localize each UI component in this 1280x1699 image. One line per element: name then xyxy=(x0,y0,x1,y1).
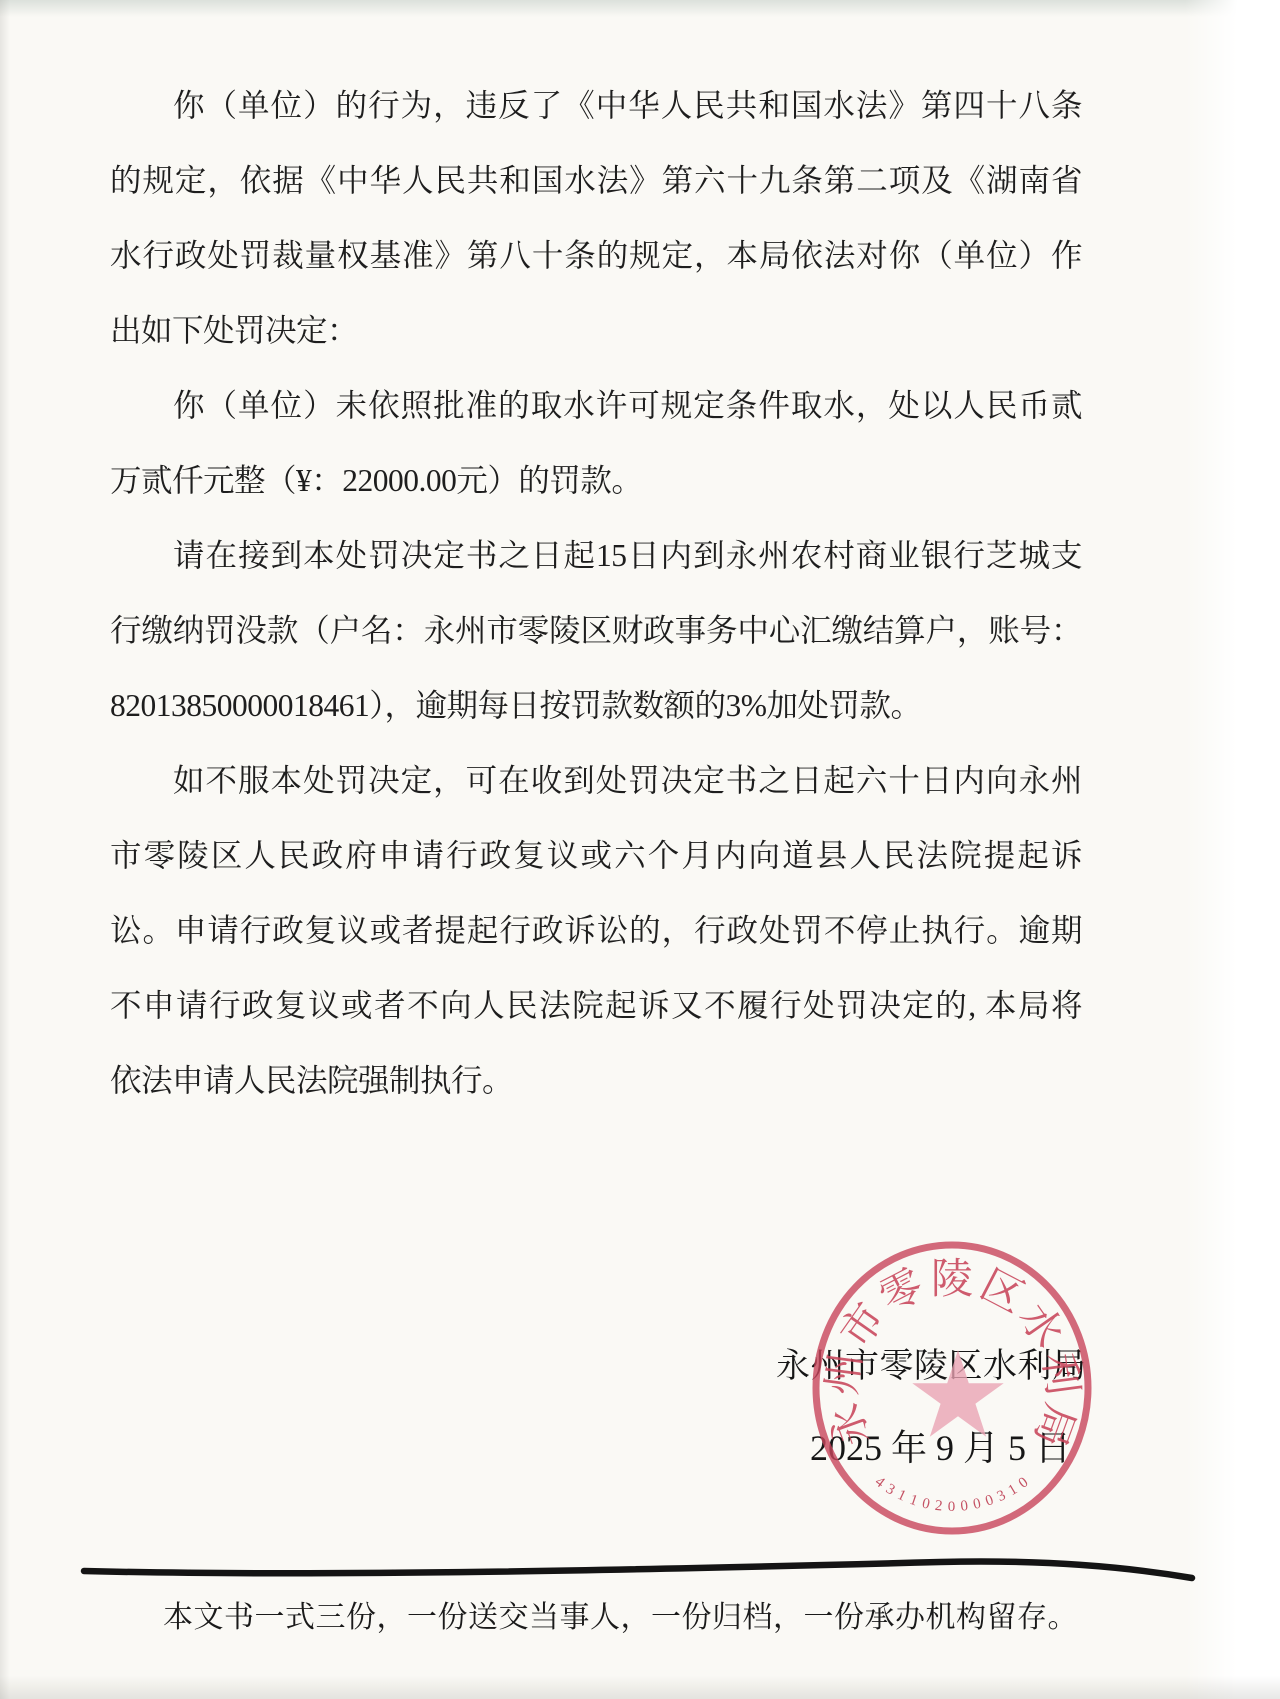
text-line: 不申请行政复议或者不向人民法院起诉又不履行处罚决定的, 本局将 xyxy=(110,968,1082,1043)
text-line: 依法申请人民法院强制执行。 xyxy=(110,1043,1082,1118)
seal-arc-char: 零 xyxy=(873,1262,932,1322)
seal-arc-char: 陵 xyxy=(931,1257,973,1303)
footer-note: 本文书一式三份，一份送交当事人，一份归档，一份承办机构留存。 xyxy=(163,1592,1163,1636)
text-line: 你（单位）未依照批准的取水许可规定条件取水，处以人民币贰 xyxy=(110,368,1082,443)
seal-number-digit: 0 xyxy=(1016,1474,1032,1492)
text-line: 万贰仟元整（¥：22000.00元）的罚款。 xyxy=(110,443,1082,518)
official-seal: 永州市零陵区水利局4311020000310 xyxy=(800,1222,1110,1558)
text-line: 讼。申请行政复议或者提起行政诉讼的，行政处罚不停止执行。逾期 xyxy=(110,893,1082,968)
seal-border-ring xyxy=(816,1245,1088,1531)
seal-arc-char: 区 xyxy=(973,1262,1032,1322)
text-line: 出如下处罚决定： xyxy=(110,293,1082,368)
seal-number-digit: 1 xyxy=(907,1492,920,1510)
issuing-authority-signature: 永州市零陵区水利局 xyxy=(776,1338,1106,1387)
scanned-document-page: 你（单位）的行为，违反了《中华人民共和国水法》第四十八条的规定，依据《中华人民共… xyxy=(0,0,1280,1699)
seal-number-digit: 3 xyxy=(995,1487,1009,1505)
text-line: 82013850000018461），逾期每日按罚款数额的3%加处罚款。 xyxy=(110,668,1082,743)
footer-divider-line xyxy=(0,1550,1280,1590)
seal-number-digit: 0 xyxy=(983,1492,996,1510)
seal-number-digit: 0 xyxy=(948,1499,957,1515)
text-line: 行缴纳罚没款（户名：永州市零陵区财政事务中心汇缴结算户，账号： xyxy=(110,593,1082,668)
seal-number-digit: 3 xyxy=(883,1481,899,1499)
text-line: 市零陵区人民政府申请行政复议或六个月内向道县人民法院提起诉 xyxy=(110,818,1082,893)
text-line: 你（单位）的行为，违反了《中华人民共和国水法》第四十八条 xyxy=(110,68,1082,143)
seal-number-digit: 1 xyxy=(895,1487,909,1505)
decision-date: 2025 年 9 月 5 日 xyxy=(810,1420,1110,1471)
seal-number-digit: 0 xyxy=(921,1495,933,1512)
seal-number-digit: 4 xyxy=(872,1474,888,1492)
seal-number-digit: 0 xyxy=(972,1495,984,1512)
text-line: 请在接到本处罚决定书之日起15日内到永州农村商业银行芝城支 xyxy=(110,518,1082,593)
seal-number-digit: 0 xyxy=(960,1498,970,1515)
scan-artifact-paper-right-edge xyxy=(1185,0,1280,1699)
text-line: 的规定，依据《中华人民共和国水法》第六十九条第二项及《湖南省 xyxy=(110,143,1082,218)
scan-artifact-top-band xyxy=(0,0,1280,20)
scan-artifact-left-edge xyxy=(0,0,10,1699)
scan-artifact-bottom-smudge xyxy=(0,1673,1280,1699)
text-line: 水行政处罚裁量权基准》第八十条的规定，本局依法对你（单位）作 xyxy=(110,218,1082,293)
document-body: 你（单位）的行为，违反了《中华人民共和国水法》第四十八条的规定，依据《中华人民共… xyxy=(110,68,1082,1118)
seal-number-digit: 1 xyxy=(1006,1481,1022,1499)
text-line: 如不服本处罚决定，可在收到处罚决定书之日起六十日内向永州 xyxy=(110,743,1082,818)
seal-number-digit: 2 xyxy=(934,1498,944,1515)
